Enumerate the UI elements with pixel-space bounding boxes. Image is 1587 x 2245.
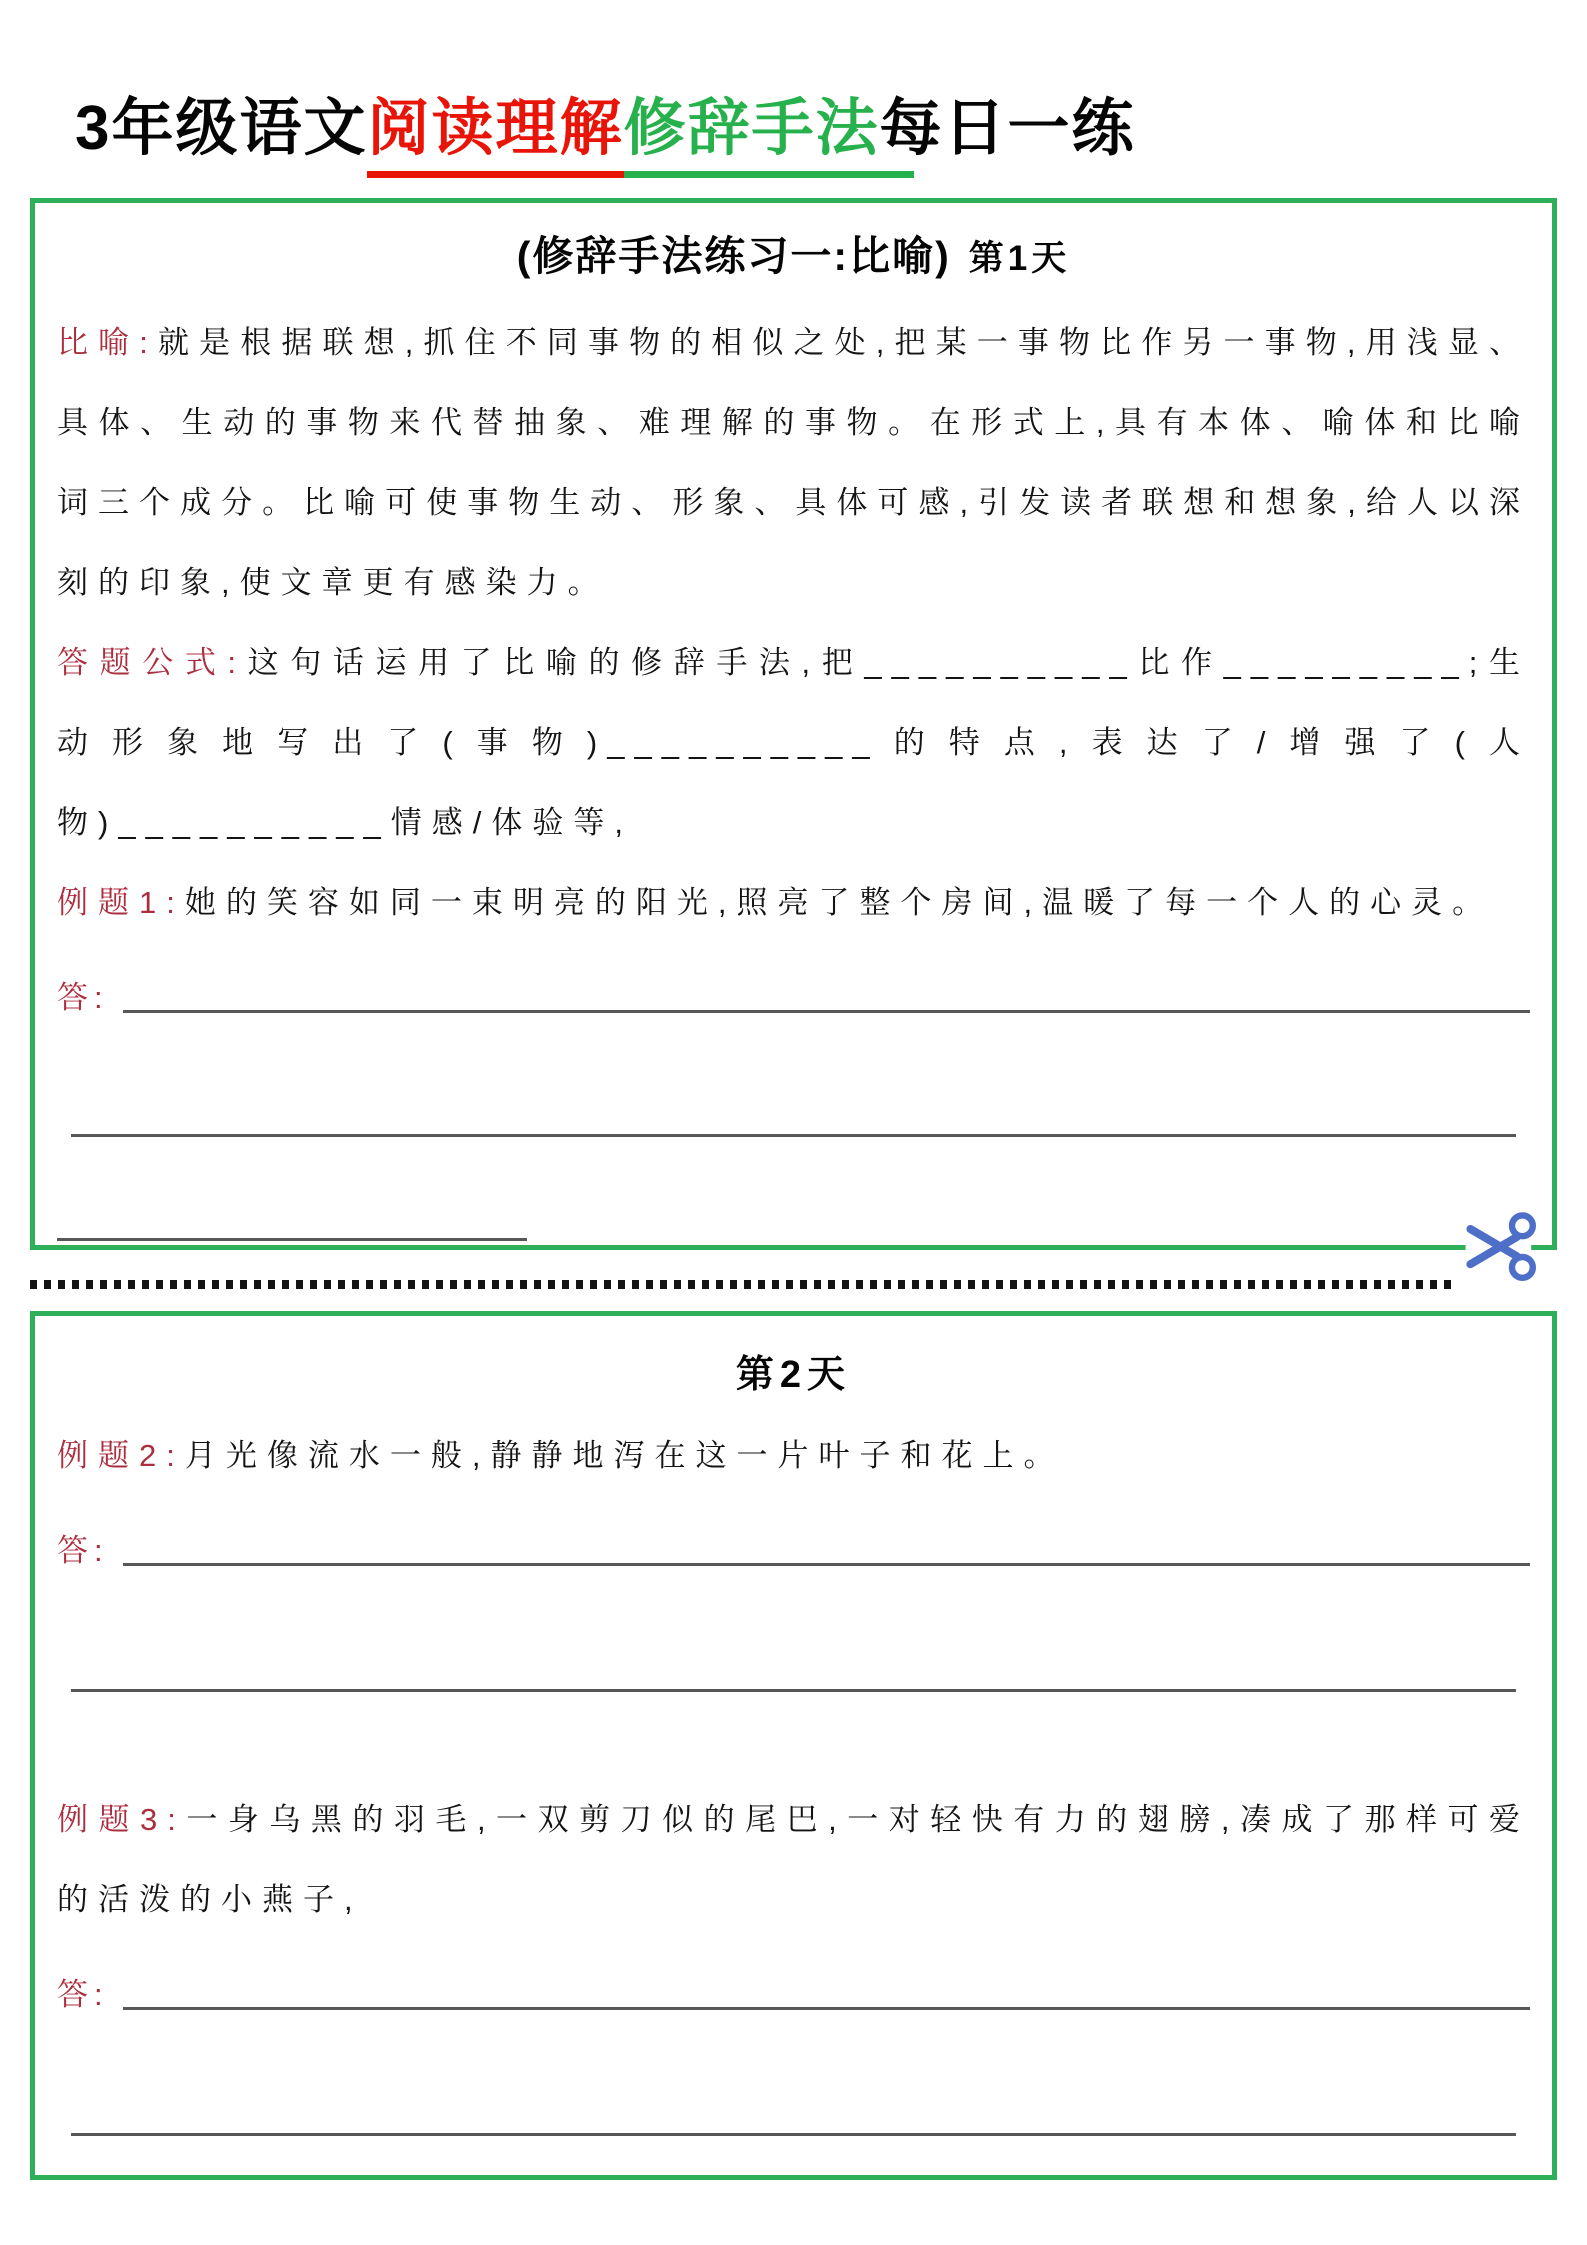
day1-section: (修辞手法练习一:比喻)第1天 比喻:就是根据联想,抓住不同事物的相似之处,把某… xyxy=(30,198,1557,1250)
example2-paragraph: 例题2:月光像流水一般,静静地泻在这一片叶子和花上。 xyxy=(57,1416,1530,1496)
example2-label: 例题2: xyxy=(57,1438,185,1473)
answer-label: 答: xyxy=(57,1535,109,1566)
day1-heading-topic: (修辞手法练习一:比喻) xyxy=(517,233,951,279)
title-grade-subject: 3年级语文 xyxy=(75,78,367,167)
title-rhetoric-devices: 修辞手法 xyxy=(624,78,914,178)
definition-label: 比喻: xyxy=(57,325,158,360)
answer-blank-line xyxy=(71,2024,1516,2136)
example3-paragraph: 例题3:一身乌黑的羽毛,一双剪刀似的尾巴,一对轻快有力的翅膀,凑成了那样可爱的活… xyxy=(57,1780,1530,1940)
title-daily-practice: 每日一练 xyxy=(880,78,1136,167)
day1-answer-row: 答: xyxy=(57,943,1530,1027)
scissors-icon xyxy=(1464,1205,1544,1285)
example1-label: 例题1: xyxy=(57,885,185,920)
answer-blank-line xyxy=(123,2006,1530,2010)
day1-heading: (修辞手法练习一:比喻)第1天 xyxy=(57,217,1530,295)
day2-answer-row-2: 答: xyxy=(57,1940,1530,2024)
day2-answer-row-1: 答: xyxy=(57,1496,1530,1580)
cut-dotted-line xyxy=(30,1280,1457,1289)
answer-blank-line xyxy=(71,1027,1516,1137)
formula-label: 答题公式: xyxy=(57,645,246,680)
example3-text: 一身乌黑的羽毛,一双剪刀似的尾巴,一对轻快有力的翅膀,凑成了那样可爱的活泼的小燕… xyxy=(57,1802,1530,1917)
answer-blank-line xyxy=(71,1580,1516,1692)
answer-label: 答: xyxy=(57,1979,109,2010)
formula-text: 这句话运用了比喻的修辞手法,把__________比作_________;生动形… xyxy=(57,645,1530,840)
worksheet-page: 3年级语文阅读理解修辞手法每日一练 (修辞手法练习一:比喻)第1天 比喻:就是根… xyxy=(0,0,1587,2245)
definition-paragraph: 比喻:就是根据联想,抓住不同事物的相似之处,把某一事物比作另一事物,用浅显、具体… xyxy=(57,303,1530,623)
answer-blank-line-short xyxy=(57,1137,527,1241)
answer-blank-line xyxy=(123,1009,1530,1013)
example3-label: 例题3: xyxy=(57,1802,186,1837)
example1-paragraph: 例题1:她的笑容如同一束明亮的阳光,照亮了整个房间,温暖了每一个人的心灵。 xyxy=(57,863,1530,943)
example1-text: 她的笑容如同一束明亮的阳光,照亮了整个房间,温暖了每一个人的心灵。 xyxy=(185,885,1493,920)
answer-label: 答: xyxy=(57,982,109,1013)
day2-heading: 第2天 xyxy=(57,1334,1530,1416)
title-reading-comprehension: 阅读理解 xyxy=(367,78,623,178)
answer-blank-line xyxy=(123,1562,1530,1566)
day1-heading-day: 第1天 xyxy=(969,239,1070,278)
day2-section: 第2天 例题2:月光像流水一般,静静地泻在这一片叶子和花上。 答: 例题3:一身… xyxy=(30,1311,1557,2180)
definition-text: 就是根据联想,抓住不同事物的相似之处,把某一事物比作另一事物,用浅显、具体、生动… xyxy=(57,325,1530,600)
example2-text: 月光像流水一般,静静地泻在这一片叶子和花上。 xyxy=(185,1438,1065,1473)
page-title: 3年级语文阅读理解修辞手法每日一练 xyxy=(75,78,1587,178)
formula-paragraph: 答题公式:这句话运用了比喻的修辞手法,把__________比作________… xyxy=(57,623,1530,863)
